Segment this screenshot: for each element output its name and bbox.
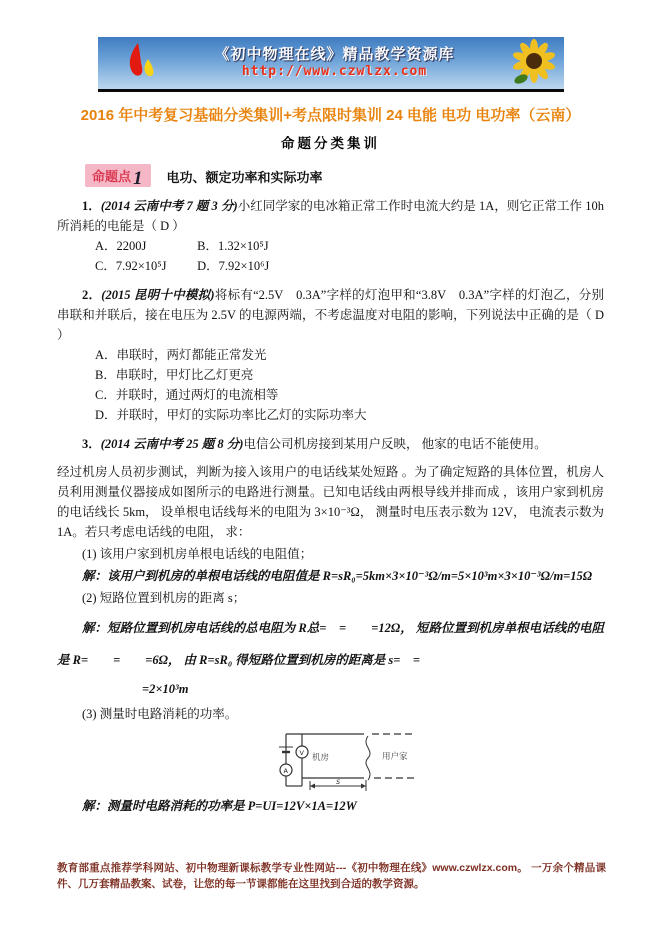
question-1: 1．(2014 云南中考 7 题 3 分)小红同学家的电冰箱正常工作时电流大约是… [57, 196, 604, 236]
section-heading: 命题分类集训 [0, 132, 661, 152]
topic-badge-label: 命题点 [92, 166, 131, 185]
site-url: http://www.czwlzx.com [158, 64, 512, 80]
diagram-home-label: 用户家 [382, 751, 408, 762]
question-3-part1: (1) 该用户家到机房单根电话线的电阻值； [57, 544, 604, 564]
option-d: D．并联时，甲灯的实际功率比乙灯的实际功率大 [95, 405, 604, 425]
circuit-diagram: A V 机房 用户家 s [97, 728, 604, 794]
banner-text-block: 《初中物理在线》精品教学资源库 http://www.czwlzx.com [158, 46, 512, 81]
site-banner: 《初中物理在线》精品教学资源库 http://www.czwlzx.com [98, 37, 564, 92]
question-3: 3．(2014 云南中考 25 题 8 分)电信公司机房接到某用户反映， 他家的… [57, 434, 604, 454]
option-c: C．并联时，通过两灯的电流相等 [95, 385, 604, 405]
site-title: 《初中物理在线》精品教学资源库 [158, 46, 512, 65]
question-2-options: A．串联时，两灯都能正常发光 B．串联时，甲灯比乙灯更亮 C．并联时，通过两灯的… [95, 345, 604, 425]
question-1-number: 1． [82, 199, 101, 213]
question-2: 2．(2015 昆明十中模拟)将标有“2.5V 0.3A”字样的灯泡甲和“3.8… [57, 285, 604, 345]
question-1-options: A．2200J B．1.32×10⁵J C．7.92×10⁵J D．7.92×1… [95, 236, 604, 276]
question-2-number: 2． [82, 288, 101, 302]
diagram-distance-label: s [336, 777, 340, 786]
question-3-part2: (2) 短路位置到机房的距离 s； [57, 588, 604, 608]
option-d: D．7.92×10⁶J [197, 256, 269, 276]
option-row: A．2200J B．1.32×10⁵J [95, 236, 604, 256]
voltmeter-label: V [299, 749, 304, 757]
topic-badge: 命题点 1 [85, 164, 151, 187]
question-3-intro: 经过机房人员初步测试，判断为接入该用户的电话线某处短路 。为了确定短路的具体位置… [57, 462, 604, 542]
diagram-room-label: 机房 [312, 752, 330, 763]
question-3-solution2: 解：短路位置到机房电话线的总电阻为 R总= = =12Ω， 短路位置到机房单根电… [57, 612, 604, 676]
option-a: A．2200J [95, 236, 194, 256]
question-3-number: 3． [82, 437, 101, 451]
question-3-solution2-continued: =2×10³m [142, 676, 604, 702]
topic-badge-number: 1 [133, 172, 143, 185]
ammeter-label: A [283, 767, 288, 775]
option-a: A．串联时，两灯都能正常发光 [95, 345, 604, 365]
question-3-source: (2014 云南中考 25 题 8 分) [101, 437, 244, 451]
question-1-source: (2014 云南中考 7 题 3 分) [101, 199, 238, 213]
worksheet-page: 《初中物理在线》精品教学资源库 http://www.czwlzx.com [0, 0, 661, 936]
question-2-source: (2015 昆明十中模拟) [101, 288, 214, 302]
question-3-stem: 电信公司机房接到某用户反映， 他家的电话不能使用。 [243, 437, 546, 451]
site-logo-icon [124, 41, 158, 86]
page-footer: 教育部重点推荐学科网站、初中物理新课标教学专业性网站---《初中物理在线》www… [57, 860, 606, 892]
page-title: 2016 年中考复习基础分类集训+考点限时集训 24 电能 电功 电功率（云南） [58, 102, 603, 129]
question-3-solution3: 解：测量时电路消耗的功率是 P=UI=12V×1A=12W [57, 796, 604, 816]
topic-row: 命题点 1 电功、额定功率和实际功率 [85, 164, 604, 187]
option-row: C．7.92×10⁵J D．7.92×10⁶J [95, 256, 604, 276]
question-3-solution1: 解：该用户到机房的单根电话线的电阻值是 R=sR₀=5km×3×10⁻³Ω/m=… [57, 566, 604, 586]
option-c: C．7.92×10⁵J [95, 256, 194, 276]
document-body: 命题点 1 电功、额定功率和实际功率 1．(2014 云南中考 7 题 3 分)… [0, 164, 661, 816]
topic-title: 电功、额定功率和实际功率 [167, 167, 323, 187]
option-b: B．1.32×10⁵J [197, 236, 269, 256]
sunflower-icon [512, 37, 556, 90]
question-3-part3: (3) 测量时电路消耗的功率。 [57, 704, 604, 724]
option-b: B．串联时，甲灯比乙灯更亮 [95, 365, 604, 385]
